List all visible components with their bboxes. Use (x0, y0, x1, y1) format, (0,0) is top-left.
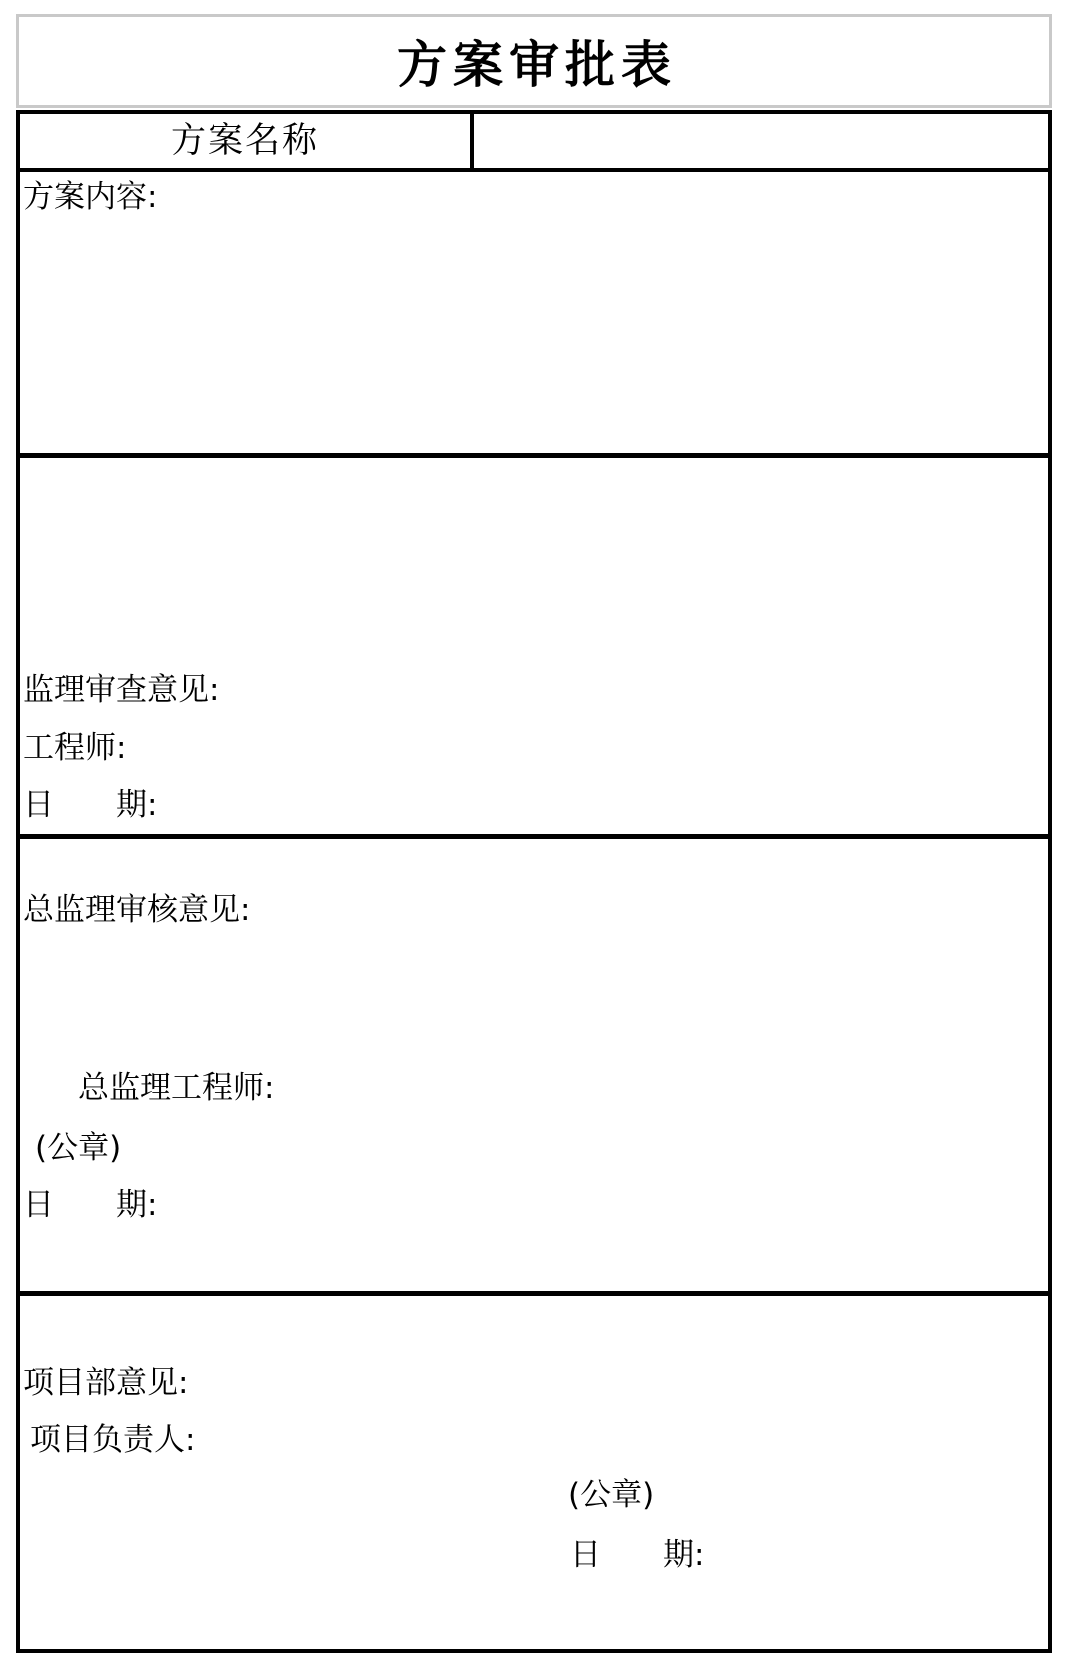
chief-review-row: 总监理审核意见: 总监理工程师: (公章) 日 期: (20, 839, 1048, 1296)
chief-engineer-label: 总监理工程师: (78, 1069, 274, 1107)
plan-name-value-cell[interactable] (474, 114, 1048, 168)
project-dept-row: 项目部意见: 项目负责人: (公章) 日 期: (20, 1296, 1048, 1649)
supervisor-review-input-area[interactable] (20, 458, 1048, 668)
supervisor-date-label: 日 期: (23, 786, 157, 824)
project-dept-input-area[interactable] (20, 1296, 1048, 1362)
plan-name-row: 方案名称 (20, 114, 1048, 172)
chief-date-label: 日 期: (23, 1186, 157, 1224)
supervisor-review-row: 监理审查意见: 工程师: 日 期: (20, 458, 1048, 839)
plan-content-label: 方案内容: (23, 178, 157, 216)
project-manager-label: 项目负责人: (30, 1421, 195, 1459)
chief-review-input-area[interactable] (20, 939, 1048, 1067)
project-seal-label: (公章) (568, 1476, 654, 1514)
plan-name-label: 方案名称 (171, 122, 319, 160)
chief-review-opinion-label: 总监理审核意见: (23, 891, 250, 929)
plan-content-input-area[interactable] (20, 216, 1048, 453)
plan-name-label-cell: 方案名称 (20, 114, 474, 168)
chief-seal-label: (公章) (35, 1129, 121, 1167)
title-box: 方案审批表 (16, 14, 1052, 108)
supervisor-engineer-label: 工程师: (23, 729, 126, 767)
project-dept-opinion-label: 项目部意见: (23, 1364, 188, 1402)
plan-content-row: 方案内容: (20, 172, 1048, 458)
approval-form-table: 方案名称 方案内容: 监理审查意见: 工程师: 日 期: 总监理审核意见: 总监… (16, 110, 1052, 1653)
document-page: 方案审批表 方案名称 方案内容: 监理审查意见: 工程师: 日 期: 总监理审核… (0, 0, 1068, 1670)
project-date-label: 日 期: (570, 1536, 704, 1574)
supervisor-review-opinion-label: 监理审查意见: (23, 671, 219, 709)
page-title: 方案审批表 (391, 25, 677, 97)
